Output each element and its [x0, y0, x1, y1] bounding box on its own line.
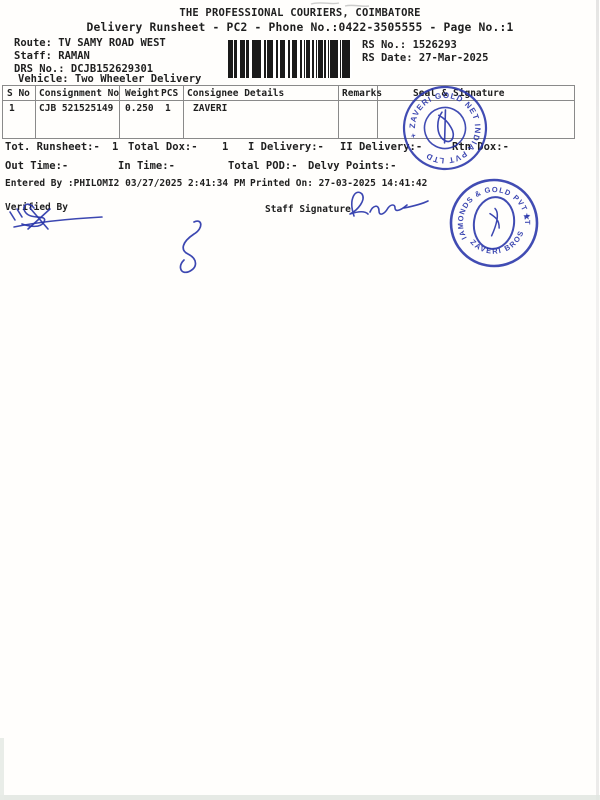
delvy-points-label: Delvy Points:- — [308, 161, 397, 173]
i-delivery-label: I Delivery:- — [248, 142, 324, 154]
staff-line: Staff: RAMAN — [14, 51, 90, 63]
rs-date-label: RS Date: — [362, 52, 413, 64]
stamp-signature — [433, 110, 456, 144]
vehicle-value: Two Wheeler Delivery — [75, 73, 201, 85]
verified-by-signature — [4, 196, 108, 242]
printed-on-label: Printed On: — [250, 178, 313, 189]
total-dox-label: Total Dox:- — [128, 142, 198, 154]
tot-runsheet-value: 1 — [112, 142, 118, 154]
out-time-label: Out Time:- — [5, 161, 68, 173]
row-weight: 0.250 — [125, 103, 154, 114]
staff-value: RAMAN — [58, 50, 90, 62]
pen-squiggle — [170, 216, 214, 278]
route-label: Route: — [14, 37, 52, 49]
col-header-consignee: Consignee Details — [187, 88, 284, 99]
staff-signature — [338, 184, 430, 226]
col-header-remarks: Remarks — [342, 88, 382, 99]
scan-smudge — [305, 0, 375, 10]
company-stamp-gold-net: + ZAVERI GOLD NET INDIA PVT LTD — [395, 80, 495, 176]
scan-edge-left — [0, 738, 4, 800]
rs-date-line: RS Date: 27-Mar-2025 — [362, 53, 488, 65]
rs-date-value: 27-Mar-2025 — [419, 52, 489, 64]
staff-label: Staff: — [14, 50, 52, 62]
entered-by-line: Entered By :PHILOMI2 03/27/2025 2:41:34 … — [5, 179, 245, 189]
row-pcs: 1 — [165, 103, 171, 114]
rs-no-label: RS No.: — [362, 39, 406, 51]
vehicle-line: Vehicle: Two Wheeler Delivery — [18, 74, 201, 86]
col-header-sno: S No — [7, 88, 30, 99]
vehicle-label: Vehicle: — [18, 73, 69, 85]
row-consignment: CJB 521525149 — [39, 103, 113, 114]
rs-no-value: 1526293 — [413, 39, 457, 51]
row-consignee: ZAVERI — [193, 103, 227, 114]
runsheet-document: THE PROFESSIONAL COURIERS, COIMBATORE De… — [0, 0, 600, 800]
tot-runsheet-label: Tot. Runsheet:- — [5, 142, 100, 154]
scan-edge-bottom — [0, 795, 600, 800]
company-stamp-zaveri-bros: DIAMONDS & GOLD PVT LTD ZAVERI BROS ★ — [444, 173, 544, 273]
col-header-consignment: Consignment No — [39, 88, 119, 99]
stamp-star-icon: ★ — [523, 212, 531, 221]
scan-edge-right — [596, 0, 599, 800]
total-pod-label: Total POD:- — [228, 161, 298, 173]
page-title: THE PROFESSIONAL COURIERS, COIMBATORE — [0, 8, 600, 20]
route-line: Route: TV SAMY ROAD WEST — [14, 38, 166, 50]
row-sno: 1 — [9, 103, 15, 114]
in-time-label: In Time:- — [118, 161, 175, 173]
col-header-pcs: PCS — [161, 88, 178, 99]
total-dox-value: 1 — [222, 142, 228, 154]
entered-by-label: Entered By : — [5, 178, 74, 189]
col-header-weight: Weight — [125, 88, 159, 99]
route-value: TV SAMY ROAD WEST — [58, 37, 165, 49]
entered-by-value: PHILOMI2 03/27/2025 2:41:34 PM — [74, 178, 246, 189]
rs-no-line: RS No.: 1526293 — [362, 40, 457, 52]
stamp-signature — [486, 208, 501, 236]
barcode — [228, 40, 352, 78]
page-subtitle: Delivery Runsheet - PC2 - Phone No.:0422… — [0, 22, 600, 34]
